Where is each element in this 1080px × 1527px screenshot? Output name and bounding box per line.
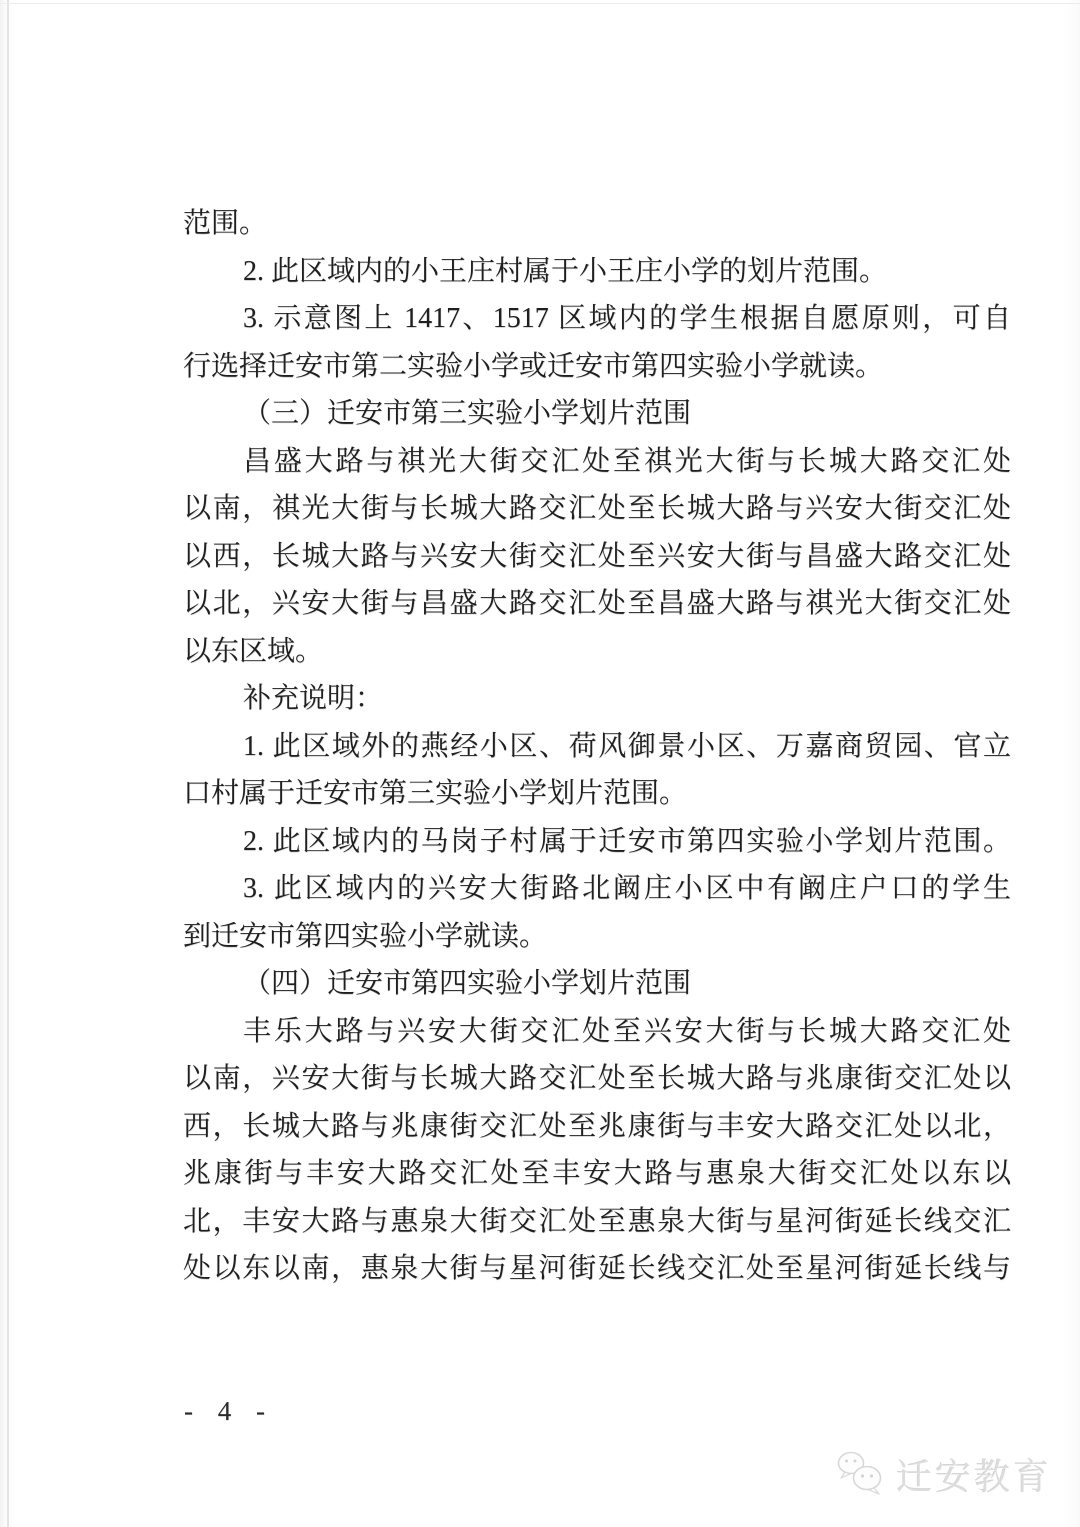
watermark-text: 迁安教育: [896, 1449, 1052, 1500]
text-line: 2. 此区域内的马岗子村属于迁安市第四实验小学划片范围。: [183, 818, 1011, 866]
text-line: 兆康街与丰安大路交汇处至丰安大路与惠泉大街交汇处以东以: [183, 1150, 1011, 1198]
text-line: 以东区域。: [183, 628, 1011, 676]
text-line: 丰乐大路与兴安大街交汇处至兴安大街与长城大路交汇处: [183, 1008, 1011, 1056]
text-line: 北，丰安大路与惠泉大街交汇处至惠泉大街与星河街延长线交汇: [183, 1198, 1011, 1246]
text-line: 2. 此区域内的小王庄村属于小王庄小学的划片范围。: [183, 248, 1011, 296]
text-line: 处以东以南，惠泉大街与星河街延长线交汇处至星河街延长线与: [183, 1245, 1011, 1293]
text-line: 以南，兴安大街与长城大路交汇处至长城大路与兆康街交汇处以: [183, 1055, 1011, 1103]
text-line: 3. 此区域内的兴安大街路北阚庄小区中有阚庄户口的学生: [183, 865, 1011, 913]
document-body-text: 范围。2. 此区域内的小王庄村属于小王庄小学的划片范围。3. 示意图上 1417…: [183, 200, 1011, 1293]
watermark: 迁安教育: [834, 1448, 1052, 1501]
scan-edge-left: [7, 0, 9, 1527]
text-line: （三）迁安市第三实验小学划片范围: [183, 390, 1011, 438]
text-line: 西，长城大路与兆康街交汇处至兆康街与丰安大路交汇处以北，: [183, 1103, 1011, 1151]
text-line: 范围。: [183, 200, 1011, 248]
text-line: 1. 此区域外的燕经小区、荷风御景小区、万嘉商贸园、官立: [183, 723, 1011, 771]
scan-edge-top: [0, 3, 1080, 4]
wechat-bubbles-icon: [834, 1448, 886, 1501]
text-line: 补充说明：: [183, 675, 1011, 723]
text-line: 口村属于迁安市第三实验小学划片范围。: [183, 770, 1011, 818]
text-line: 以西，长城大路与兴安大街交汇处至兴安大街与昌盛大路交汇处: [183, 533, 1011, 581]
text-line: 3. 示意图上 1417、1517 区域内的学生根据自愿原则，可自: [183, 295, 1011, 343]
scanned-document-page: 范围。2. 此区域内的小王庄村属于小王庄小学的划片范围。3. 示意图上 1417…: [0, 0, 1080, 1527]
text-line: 以南，祺光大街与长城大路交汇处至长城大路与兴安大街交汇处: [183, 485, 1011, 533]
text-line: 昌盛大路与祺光大街交汇处至祺光大街与长城大路交汇处: [183, 438, 1011, 486]
text-line: （四）迁安市第四实验小学划片范围: [183, 960, 1011, 1008]
page-number: - 4 -: [184, 1396, 274, 1427]
text-line: 以北，兴安大街与昌盛大路交汇处至昌盛大路与祺光大街交汇处: [183, 580, 1011, 628]
text-line: 行选择迁安市第二实验小学或迁安市第四实验小学就读。: [183, 343, 1011, 391]
text-line: 到迁安市第四实验小学就读。: [183, 913, 1011, 961]
